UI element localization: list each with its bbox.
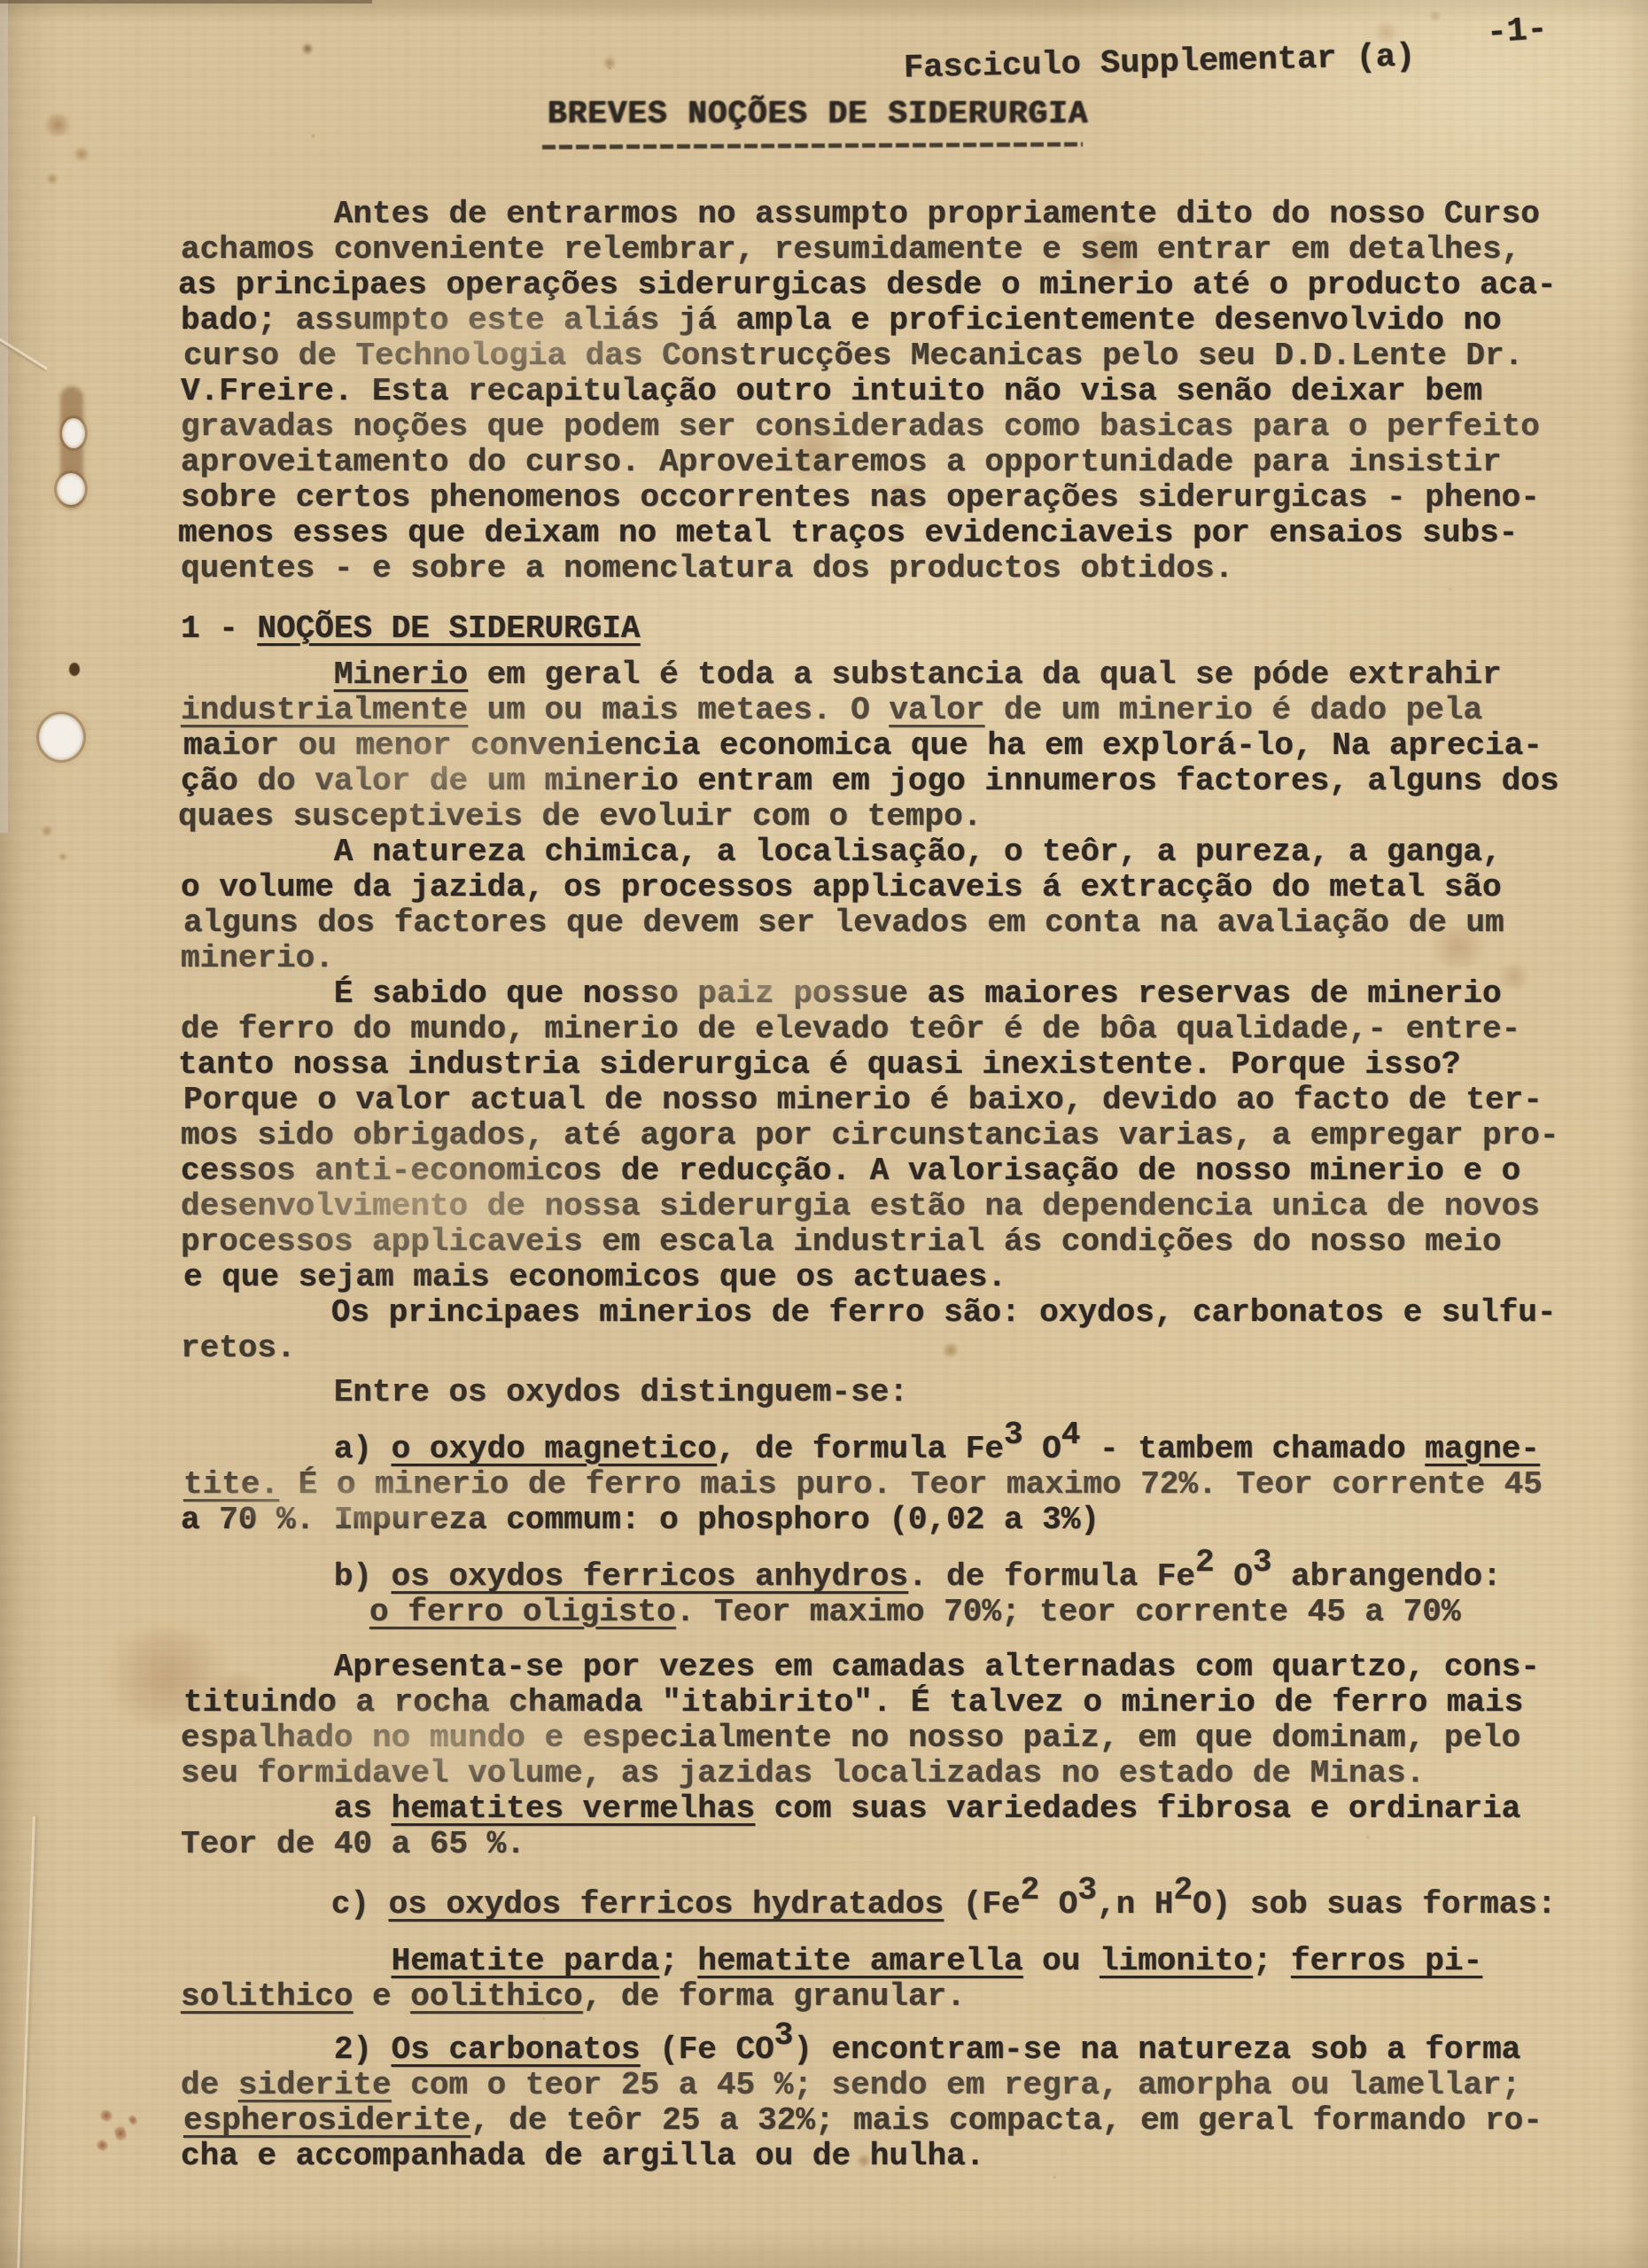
doc-line: solithico e oolithico, de forma granular…	[181, 1979, 1616, 2015]
doc-line: industrialmente um ou mais metaes. O val…	[181, 693, 1616, 728]
text-run: processos applicaveis em escala industri…	[181, 1223, 1502, 1260]
text-run: , de formula Fe	[717, 1431, 1004, 1467]
text-run: quaes susceptiveis de evoluir com o temp…	[178, 798, 982, 835]
text-run: Minerio	[334, 656, 468, 693]
text-run: limonito	[1100, 1943, 1253, 1979]
text-run	[181, 1943, 392, 1979]
text-run: ,n H	[1097, 1886, 1173, 1922]
document-title: BREVES NOÇÕES DE SIDERURGIA	[548, 96, 1088, 132]
doc-line: A natureza chimica, a localisação, o teô…	[181, 835, 1616, 870]
text-run: ;	[659, 1943, 697, 1979]
text-run: . Teor maximo 70%; teor corrente 45 a 70…	[676, 1594, 1461, 1630]
text-run: de	[181, 2067, 238, 2103]
doc-line: Entre os oxydos distinguem-se:	[181, 1375, 1616, 1410]
ink-speck	[69, 663, 80, 676]
text-run: É o minerio de ferro mais puro. Teor max…	[279, 1466, 1543, 1503]
text-run: os oxydos ferricos hydratados	[389, 1886, 944, 1922]
doc-line: o volume da jazida, os processos applica…	[181, 870, 1616, 905]
text-run: com suas variedades fibrosa e ordinaria	[755, 1790, 1520, 1827]
text-run: ção do valor de um minerio entram em jog…	[181, 763, 1559, 799]
punch-hole	[39, 714, 83, 760]
text-run: curso de Technologia das Construcções Me…	[183, 338, 1523, 374]
doc-line: as principaes operações siderurgicas des…	[178, 268, 1613, 303]
text-run: É sabido que nosso paiz possue as maiore…	[181, 975, 1502, 1012]
text-run: alguns dos factores que devem ser levado…	[183, 905, 1504, 941]
text-run: . de formula Fe	[908, 1558, 1195, 1595]
text-run: a)	[181, 1431, 392, 1467]
doc-line: É sabido que nosso paiz possue as maiore…	[181, 976, 1616, 1012]
doc-line: Apresenta-se por vezes em camadas altern…	[181, 1650, 1616, 1685]
doc-line: tanto nossa industria siderurgica é quas…	[178, 1047, 1613, 1083]
doc-line: gravadas noções que podem ser considerad…	[181, 409, 1616, 445]
text-run: O	[1039, 1886, 1077, 1922]
doc-line: menos esses que deixam no metal traços e…	[178, 516, 1613, 551]
doc-line: b) os oxydos ferricos anhydros. de formu…	[181, 1559, 1616, 1595]
text-run: O	[1215, 1558, 1253, 1595]
text-run: minerio.	[181, 940, 334, 976]
text-run: em geral é toda a substancia da qual se …	[468, 656, 1502, 693]
doc-line: quaes susceptiveis de evoluir com o temp…	[178, 799, 1613, 835]
text-run: 2)	[181, 2031, 392, 2068]
text-run: as	[181, 1790, 392, 1827]
text-run: hematite amarella	[697, 1943, 1022, 1979]
doc-line: bado; assumpto este aliás já ampla e pro…	[181, 303, 1616, 338]
doc-line: retos.	[181, 1331, 1616, 1366]
top-edge-shadow	[0, 0, 372, 4]
punch-hole	[57, 473, 85, 505]
text-run: tituindo a rocha chamada "itabirito". É …	[183, 1684, 1523, 1720]
text-run: Apresenta-se por vezes em camadas altern…	[181, 1649, 1540, 1685]
text-run: seu formidavel volume, as jazidas locali…	[181, 1755, 1425, 1791]
doc-line: 1 - NOÇÕES DE SIDERURGIA	[181, 611, 1616, 647]
doc-line: tituindo a rocha chamada "itabirito". É …	[183, 1685, 1619, 1720]
text-run: abrangendo:	[1271, 1558, 1501, 1595]
text-run: 4	[1061, 1417, 1081, 1453]
doc-line: a) o oxydo magnetico, de formula Fe3 O4 …	[181, 1432, 1616, 1467]
doc-line: minerio.	[181, 941, 1616, 976]
doc-line: cha e accompanhada de argilla ou de hulh…	[181, 2139, 1616, 2174]
text-run: aproveitamento do curso. Aproveitaremos …	[181, 444, 1502, 480]
text-run: 2	[1021, 1872, 1040, 1908]
text-run: (Fe CO	[641, 2031, 774, 2068]
text-run: ) encontram-se na natureza sob a forma	[793, 2031, 1520, 2068]
text-run: tanto nossa industria siderurgica é quas…	[178, 1046, 1460, 1083]
doc-line: seu formidavel volume, as jazidas locali…	[181, 1756, 1616, 1791]
text-run: O) sob suas formas:	[1193, 1886, 1556, 1922]
text-run: 2	[1195, 1544, 1215, 1581]
text-run: solithico	[181, 1978, 353, 2015]
text-run: Os principaes minerios de ferro são: oxy…	[178, 1294, 1556, 1331]
text-run: 2	[1173, 1872, 1193, 1908]
doc-line: tite. É o minerio de ferro mais puro. Te…	[183, 1467, 1619, 1503]
punch-hole	[62, 418, 85, 448]
text-run: Antes de entrarmos no assumpto propriame…	[181, 196, 1540, 232]
text-run: gravadas noções que podem ser considerad…	[181, 408, 1540, 445]
text-run: O	[1023, 1431, 1061, 1467]
doc-line: sobre certos phenomenos occorrentes nas …	[181, 480, 1616, 516]
text-run: desenvolvimento de nossa siderurgia estã…	[181, 1188, 1540, 1224]
text-run: - tambem chamado	[1080, 1431, 1425, 1467]
text-run: 1 -	[181, 610, 257, 647]
doc-line: Hematite parda; hematite amarella ou lim…	[181, 1944, 1616, 1979]
text-run: um ou mais metaes. O	[468, 692, 889, 728]
text-run: as principaes operações siderurgicas des…	[178, 267, 1556, 303]
text-run: espherosiderite	[183, 2102, 470, 2139]
text-run: o oxydo magnetico	[392, 1431, 717, 1467]
text-run: 3	[1253, 1544, 1272, 1581]
text-run: 3	[1077, 1872, 1097, 1908]
text-run: (Fe	[944, 1886, 1020, 1922]
text-run: de um minerio é dado pela	[984, 692, 1482, 728]
text-run: sobre certos phenomenos occorrentes nas …	[181, 479, 1540, 516]
doc-line: Antes de entrarmos no assumpto propriame…	[181, 197, 1616, 232]
doc-line: maior ou menor conveniencia economica qu…	[183, 728, 1619, 764]
text-run: quentes - e sobre a nomenclatura dos pro…	[181, 550, 1233, 586]
text-run: tite.	[183, 1466, 279, 1503]
text-run: ferros pi-	[1291, 1943, 1482, 1979]
doc-line: 2) Os carbonatos (Fe CO3) encontram-se n…	[181, 2032, 1616, 2068]
doc-line: alguns dos factores que devem ser levado…	[183, 905, 1619, 941]
doc-line: Minerio em geral é toda a substancia da …	[181, 657, 1616, 693]
doc-line: ção do valor de um minerio entram em jog…	[181, 764, 1616, 799]
doc-line: mos sido obrigados, até agora por circun…	[181, 1118, 1616, 1153]
text-run: , de teôr 25 a 32%; mais compacta, em ge…	[470, 2102, 1543, 2139]
text-run: c)	[178, 1886, 389, 1922]
document-body: Antes de entrarmos no assumpto propriame…	[181, 197, 1616, 2174]
doc-line: cessos anti-economicos de reducção. A va…	[181, 1153, 1616, 1189]
doc-line: achamos conveniente relembrar, resumidam…	[181, 232, 1616, 268]
text-run: Porque o valor actual de nosso minerio é…	[183, 1082, 1543, 1118]
doc-line: Porque o valor actual de nosso minerio é…	[183, 1083, 1619, 1118]
doc-line: espalhado no mundo e especialmente no no…	[181, 1720, 1616, 1756]
text-run: o volume da jazida, os processos applica…	[181, 869, 1502, 905]
left-edge-crease	[0, 0, 8, 833]
text-run: de ferro do mundo, minerio de elevado te…	[181, 1011, 1520, 1047]
text-run: e	[353, 1978, 410, 2015]
text-run: valor	[889, 692, 984, 728]
doc-line: o ferro oligisto. Teor maximo 70%; teor …	[178, 1595, 1613, 1630]
doc-line: as hematites vermelhas com suas variedad…	[181, 1791, 1616, 1827]
text-run: 3	[774, 2017, 794, 2054]
text-run: bado; assumpto este aliás já ampla e pro…	[181, 302, 1502, 338]
text-run: industrialmente	[181, 692, 468, 728]
text-run: magne-	[1425, 1431, 1540, 1467]
doc-line: a 70 %. Impureza commum: o phosphoro (0,…	[181, 1503, 1616, 1538]
text-run: Os carbonatos	[392, 2031, 641, 2068]
doc-line: de ferro do mundo, minerio de elevado te…	[181, 1012, 1616, 1047]
text-run: cha e accompanhada de argilla ou de hulh…	[181, 2138, 984, 2174]
text-run: cessos anti-economicos de reducção. A va…	[181, 1153, 1520, 1189]
text-run: maior ou menor conveniencia economica qu…	[183, 727, 1543, 764]
text-run	[181, 656, 334, 693]
text-run: Teor de 40 a 65 %.	[181, 1826, 525, 1862]
text-run: hematites vermelhas	[392, 1790, 755, 1827]
text-run: Hematite parda	[392, 1943, 659, 1979]
text-run: e que sejam mais economicos que os actua…	[183, 1259, 1007, 1295]
text-run: retos.	[181, 1330, 296, 1366]
text-run: menos esses que deixam no metal traços e…	[178, 515, 1518, 551]
doc-line: desenvolvimento de nossa siderurgia estã…	[181, 1189, 1616, 1224]
doc-line: Teor de 40 a 65 %.	[181, 1827, 1616, 1862]
text-run: ;	[1253, 1943, 1291, 1979]
doc-line: quentes - e sobre a nomenclatura dos pro…	[181, 551, 1616, 586]
text-run: , de forma granular.	[583, 1978, 966, 2015]
text-run: oolithico	[410, 1978, 582, 2015]
text-run: espalhado no mundo e especialmente no no…	[181, 1720, 1520, 1756]
doc-line: Os principaes minerios de ferro são: oxy…	[178, 1295, 1613, 1331]
text-run: A natureza chimica, a localisação, o teô…	[181, 834, 1502, 870]
doc-line: c) os oxydos ferricos hydratados (Fe2 O3…	[178, 1887, 1613, 1922]
text-run: ou	[1023, 1943, 1100, 1979]
text-run: NOÇÕES DE SIDERURGIA	[257, 610, 640, 647]
doc-line: V.Freire. Esta recapitulação outro intui…	[181, 374, 1616, 409]
doc-line: espherosiderite, de teôr 25 a 32%; mais …	[183, 2103, 1619, 2139]
text-run: 3	[1004, 1417, 1023, 1453]
doc-line: processos applicaveis em escala industri…	[181, 1224, 1616, 1260]
doc-line: de siderite com o teor 25 a 45 %; sendo …	[181, 2068, 1616, 2103]
text-run: b)	[181, 1558, 392, 1595]
text-run: V.Freire. Esta recapitulação outro intui…	[181, 373, 1482, 409]
text-run: achamos conveniente relembrar, resumidam…	[181, 231, 1520, 268]
text-run: com o teor 25 a 45 %; sendo em regra, am…	[392, 2067, 1521, 2103]
text-run: os oxydos ferricos anhydros	[392, 1558, 908, 1595]
text-run: o ferro oligisto	[369, 1594, 676, 1630]
page-number: -1-	[1486, 11, 1549, 53]
text-run: Entre os oxydos distinguem-se:	[181, 1374, 908, 1410]
text-run: mos sido obrigados, até agora por circun…	[181, 1117, 1559, 1153]
text-run: a 70 %. Impureza commum: o phosphoro (0,…	[181, 1502, 1100, 1538]
text-run: siderite	[238, 2067, 392, 2103]
text-run	[178, 1594, 369, 1630]
doc-line: e que sejam mais economicos que os actua…	[183, 1260, 1619, 1295]
doc-line: curso de Technologia das Construcções Me…	[183, 338, 1619, 374]
doc-line: aproveitamento do curso. Aproveitaremos …	[181, 445, 1616, 480]
